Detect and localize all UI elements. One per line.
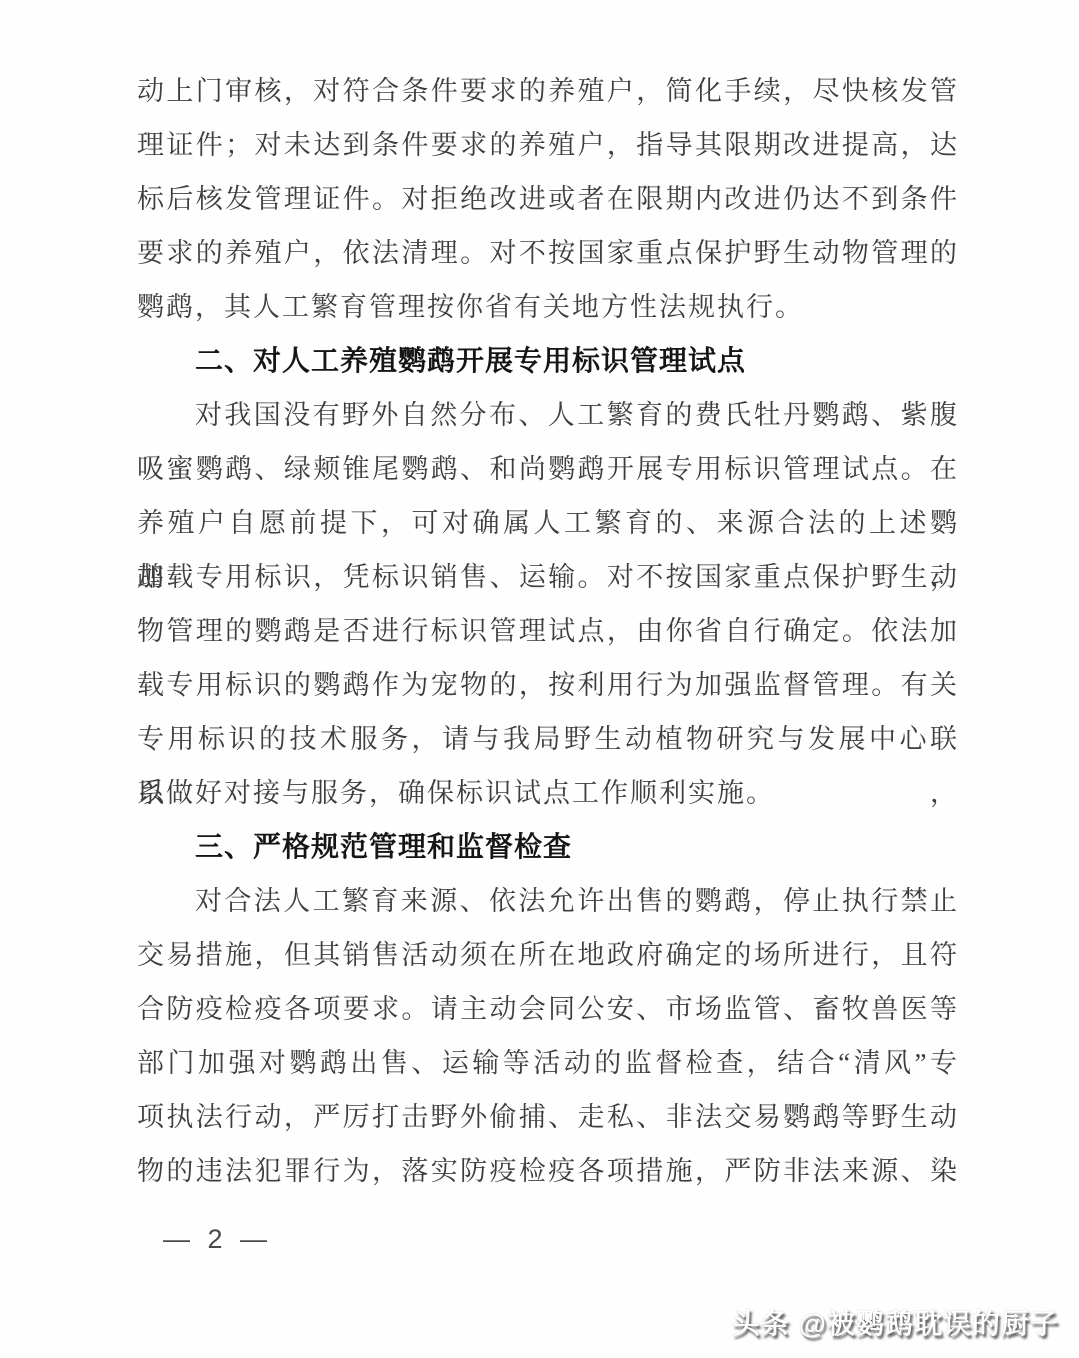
body-line: 鹦鹉，其人工繁育管理按你省有关地方性法规执行。: [137, 280, 959, 334]
body-line: 理证件；对未达到条件要求的养殖户，指导其限期改进提高，达: [137, 118, 959, 172]
body-line: 载专用标识的鹦鹉作为宠物的，按利用行为加强监督管理。有关: [137, 658, 959, 712]
body-line: 物管理的鹦鹉是否进行标识管理试点，由你省自行确定。依法加: [137, 604, 959, 658]
body-line: 物的违法犯罪行为，落实防疫检疫各项措施，严防非法来源、染: [137, 1144, 959, 1198]
scanned-document-page: 动上门审核，对符合条件要求的养殖户，简化手续，尽快核发管 理证件；对未达到条件要…: [0, 0, 1079, 1358]
paragraph-section-2: 对我国没有野外自然分布、人工繁育的费氏牡丹鹦鹉、紫腹 吸蜜鹦鹉、绿颊锥尾鹦鹉、和…: [137, 388, 959, 820]
body-line: 要求的养殖户，依法清理。对不按国家重点保护野生动物管理的: [137, 226, 959, 280]
body-line: 交易措施，但其销售活动须在所在地政府确定的场所进行，且符: [137, 928, 959, 982]
paragraph-continuation: 动上门审核，对符合条件要求的养殖户，简化手续，尽快核发管 理证件；对未达到条件要…: [137, 64, 959, 334]
toutiao-watermark: 头条 @被鹦鹉耽误的厨子: [732, 1302, 1059, 1342]
section-heading-3: 三、严格规范管理和监督检查: [137, 820, 959, 874]
body-line: 专用标识的技术服务，请与我局野生动植物研究与发展中心联系，: [137, 712, 959, 766]
paragraph-section-3: 对合法人工繁育来源、依法允许出售的鹦鹉，停止执行禁止 交易措施，但其销售活动须在…: [137, 874, 959, 1198]
page-number: — 2 —: [137, 1212, 959, 1266]
body-line: 标后核发管理证件。对拒绝改进或者在限期内改进仍达不到条件: [137, 172, 959, 226]
body-line: 合防疫检疫各项要求。请主动会同公安、市场监管、畜牧兽医等: [137, 982, 959, 1036]
document-body: 动上门审核，对符合条件要求的养殖户，简化手续，尽快核发管 理证件；对未达到条件要…: [137, 64, 959, 1266]
body-line: 加载专用标识，凭标识销售、运输。对不按国家重点保护野生动: [137, 550, 959, 604]
body-line: 养殖户自愿前提下，可对确属人工繁育的、来源合法的上述鹦鹉，: [137, 496, 959, 550]
body-line: 吸蜜鹦鹉、绿颊锥尾鹦鹉、和尚鹦鹉开展专用标识管理试点。在: [137, 442, 959, 496]
body-line: 对合法人工繁育来源、依法允许出售的鹦鹉，停止执行禁止: [137, 874, 959, 928]
body-line: 部门加强对鹦鹉出售、运输等活动的监督检查，结合“清风”专: [137, 1036, 959, 1090]
section-heading-2: 二、对人工养殖鹦鹉开展专用标识管理试点: [137, 334, 959, 388]
body-line: 对我国没有野外自然分布、人工繁育的费氏牡丹鹦鹉、紫腹: [137, 388, 959, 442]
body-line: 项执法行动，严厉打击野外偷捕、走私、非法交易鹦鹉等野生动: [137, 1090, 959, 1144]
body-line: 动上门审核，对符合条件要求的养殖户，简化手续，尽快核发管: [137, 64, 959, 118]
